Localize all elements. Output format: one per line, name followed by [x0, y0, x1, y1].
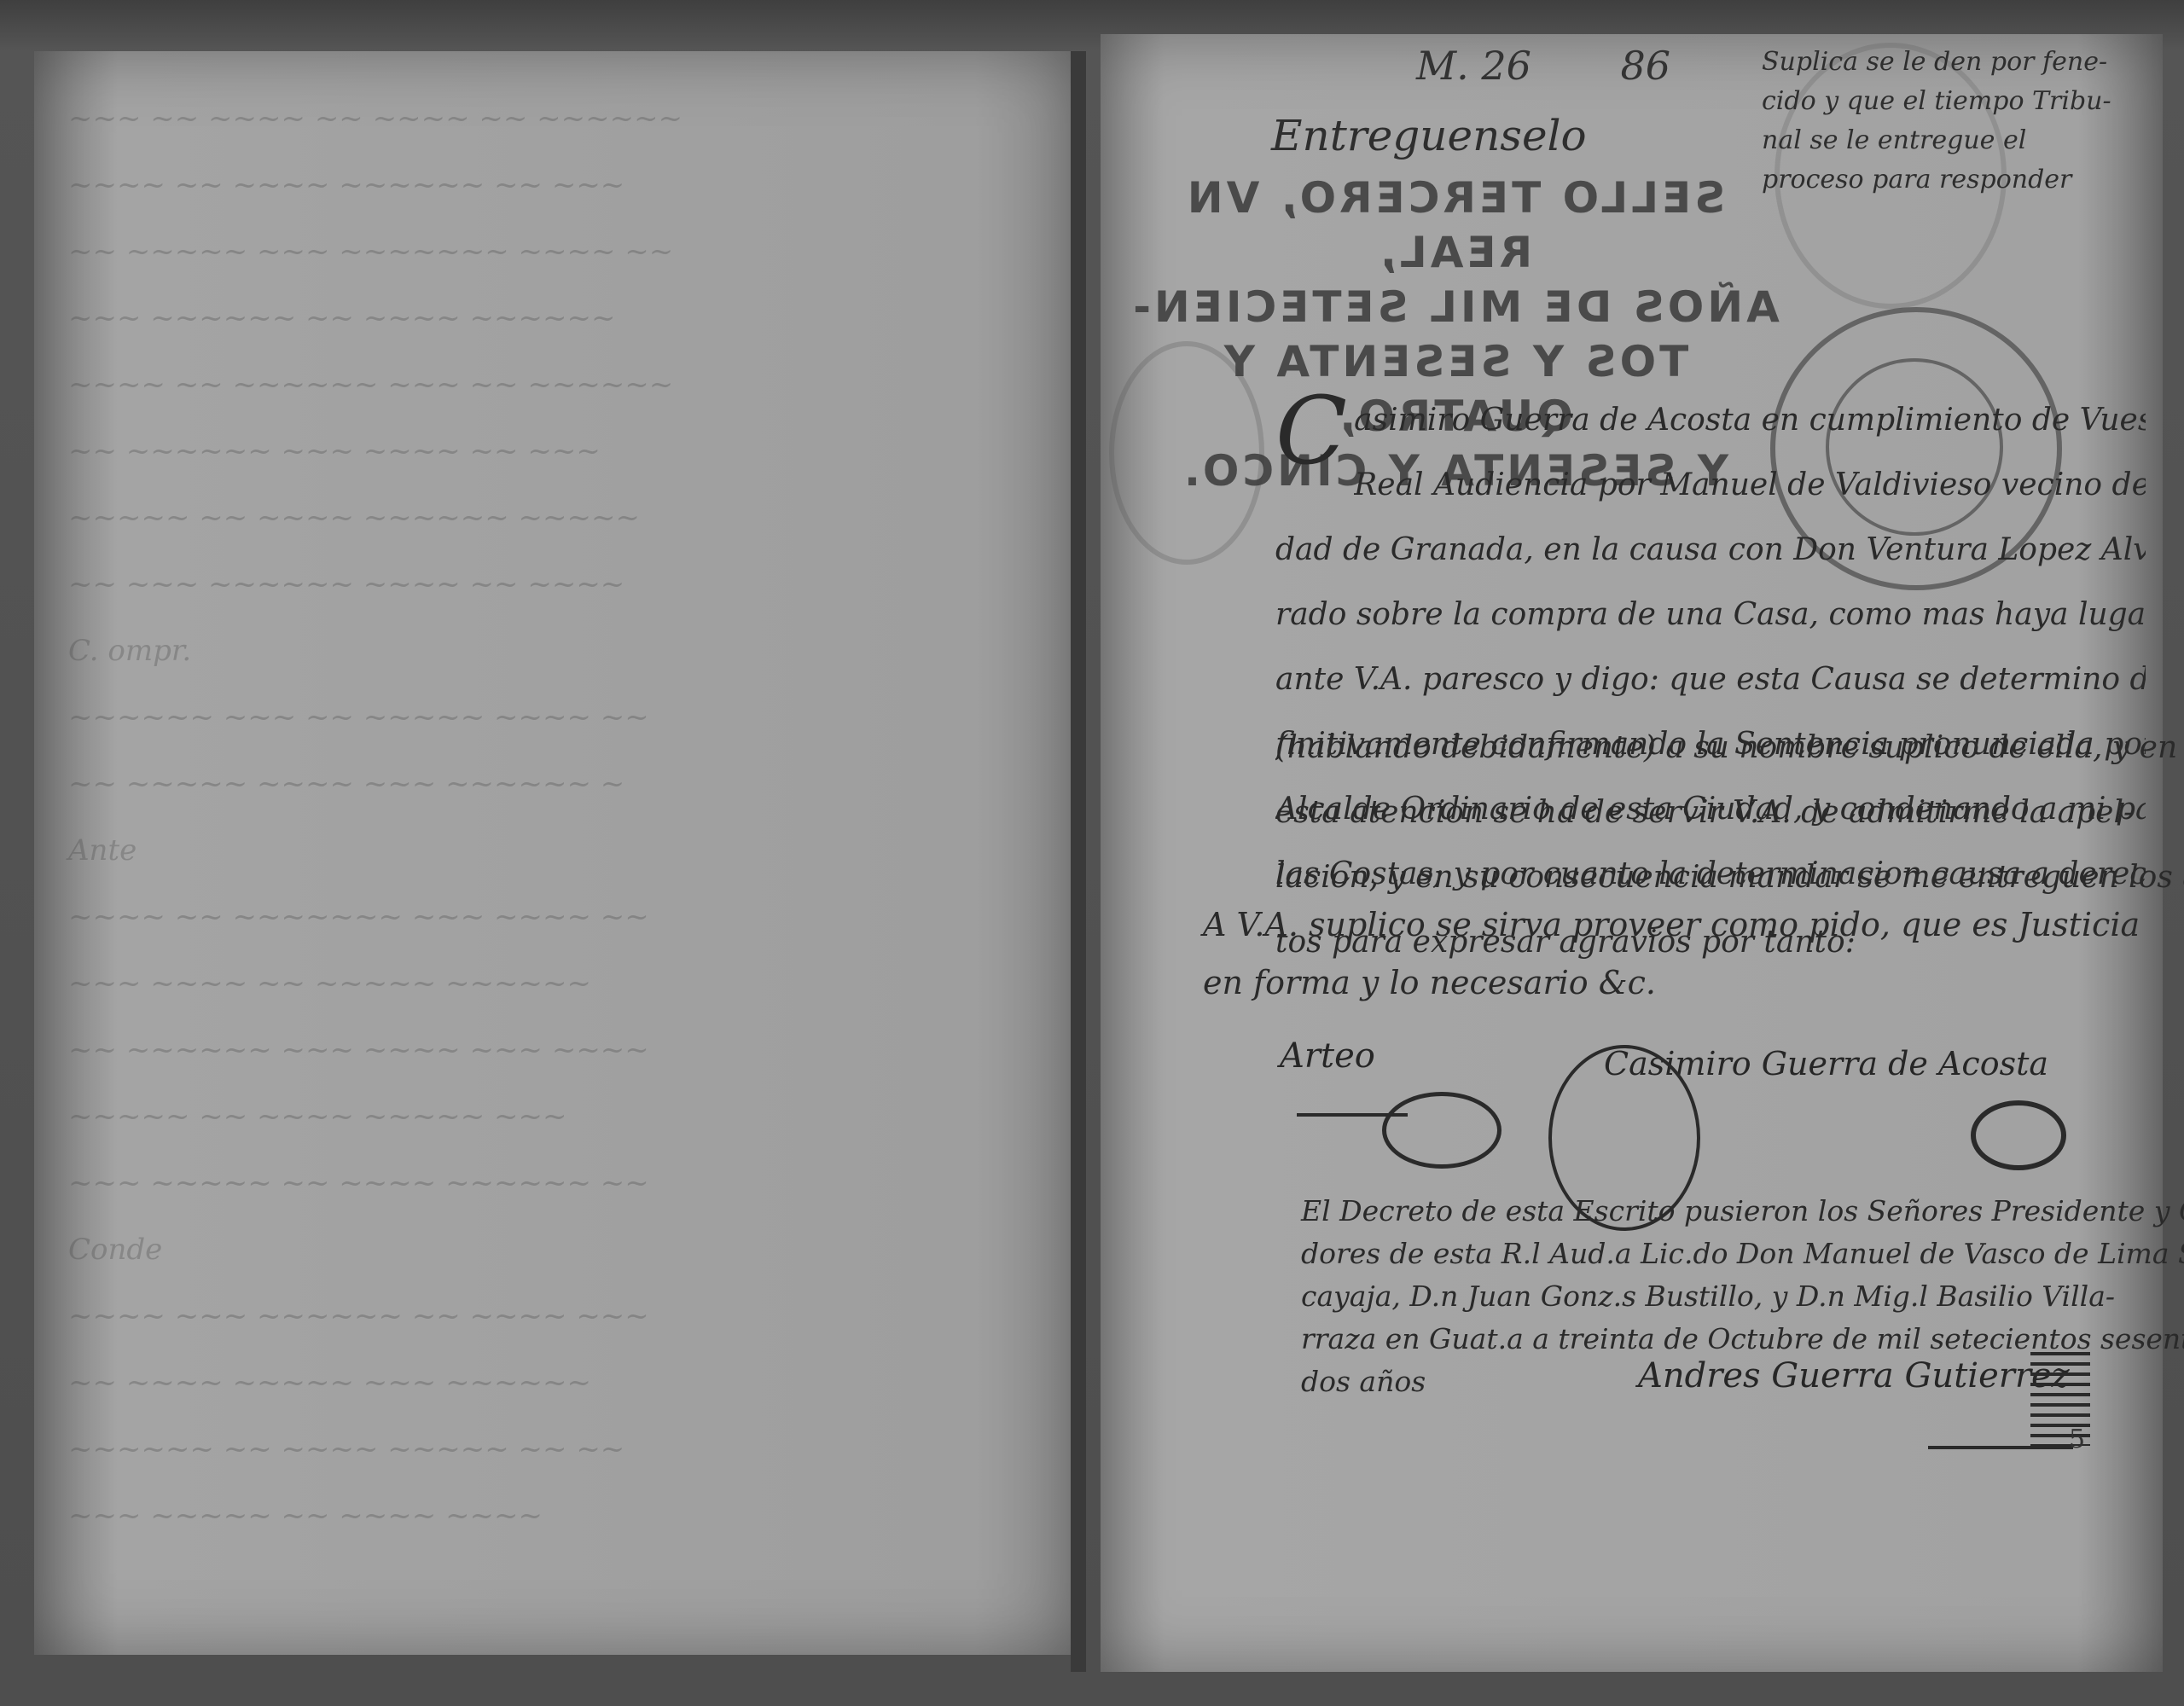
- margin-note: Suplica se le den por fene- cido y que e…: [1762, 43, 2120, 200]
- body-line: Real Audiencia por Manuel de Valdivieso …: [1354, 453, 2146, 518]
- margin-note-line: cido y que el tiempo Tribu-: [1762, 82, 2120, 121]
- book-gutter: [1071, 51, 1086, 1672]
- decree-line: rraza en Guat.a a treinta de Octubre de …: [1301, 1318, 2120, 1361]
- stamp-line: AÑOS DE MIL SETECIEN-: [1101, 280, 1809, 334]
- margin-note-line: Suplica se le den por fene-: [1762, 43, 2120, 82]
- signature-underline: [1297, 1113, 1408, 1117]
- signature-rubric: [1971, 1100, 2066, 1170]
- faded-fragment: Ante: [68, 817, 682, 884]
- page-heading: Entreguenselo: [1271, 111, 1587, 160]
- clerk-signature: Andres Guerra Gutierrez: [1638, 1356, 2070, 1396]
- body-line: esta atencion se ha de servir V.A. de ad…: [1275, 780, 2146, 845]
- decorated-initial: C: [1275, 388, 1347, 473]
- body-line: dad de Granada, en la causa con Don Vent…: [1275, 518, 2146, 583]
- body-line: rado sobre la compra de una Casa, como m…: [1275, 583, 2146, 647]
- supplication-line: A V.A. suplico se sirva proveer como pid…: [1203, 896, 2141, 954]
- signature-flourish: [1382, 1092, 1501, 1169]
- stamp-line: SELLO TERCERO, VN REAL,: [1101, 171, 1809, 280]
- folio-mark: M. 26 86: [1416, 43, 1670, 89]
- folio-number: 86: [1621, 43, 1671, 89]
- corner-mark: 5: [2069, 1425, 2085, 1454]
- margin-note-line: nal se le entregue el: [1762, 121, 2120, 160]
- supplication: A V.A. suplico se sirva proveer como pid…: [1203, 896, 2141, 1012]
- decree-line: dores de esta R.l Aud.a Lic.do Don Manue…: [1301, 1233, 2120, 1275]
- left-page: ~~~ ~~ ~~~~ ~~ ~~~~ ~~ ~~~~~~ ~~~~ ~~ ~~…: [34, 51, 1079, 1655]
- supplication-line: en forma y lo necesario &c.: [1203, 954, 2141, 1012]
- faded-fragment: Conde: [68, 1216, 682, 1283]
- scanned-spread: ~~~ ~~ ~~~~ ~~ ~~~~ ~~ ~~~~~~ ~~~~ ~~ ~~…: [0, 0, 2184, 1706]
- margin-note-line: proceso para responder: [1762, 160, 2120, 200]
- faded-fragment: C. ompr.: [68, 618, 682, 684]
- signature-arteo: Arteo: [1280, 1036, 1375, 1076]
- body-line: asimiro Guerra de Acosta en cumplimiento…: [1354, 388, 2146, 453]
- left-page-faded-text: ~~~ ~~ ~~~~ ~~ ~~~~ ~~ ~~~~~~ ~~~~ ~~ ~~…: [68, 85, 682, 1549]
- decree-line: El Decreto de esta Escrito pusieron los …: [1301, 1190, 2120, 1233]
- body-line: ante V.A. paresco y digo: que esta Causa…: [1275, 647, 2146, 712]
- body-line: (hablando debidamente) a su nombre supli…: [1275, 716, 2146, 780]
- decree-line: cayaja, D.n Juan Gonz.s Bustillo, y D.n …: [1301, 1275, 2120, 1318]
- clerk-underline: [1928, 1446, 2073, 1449]
